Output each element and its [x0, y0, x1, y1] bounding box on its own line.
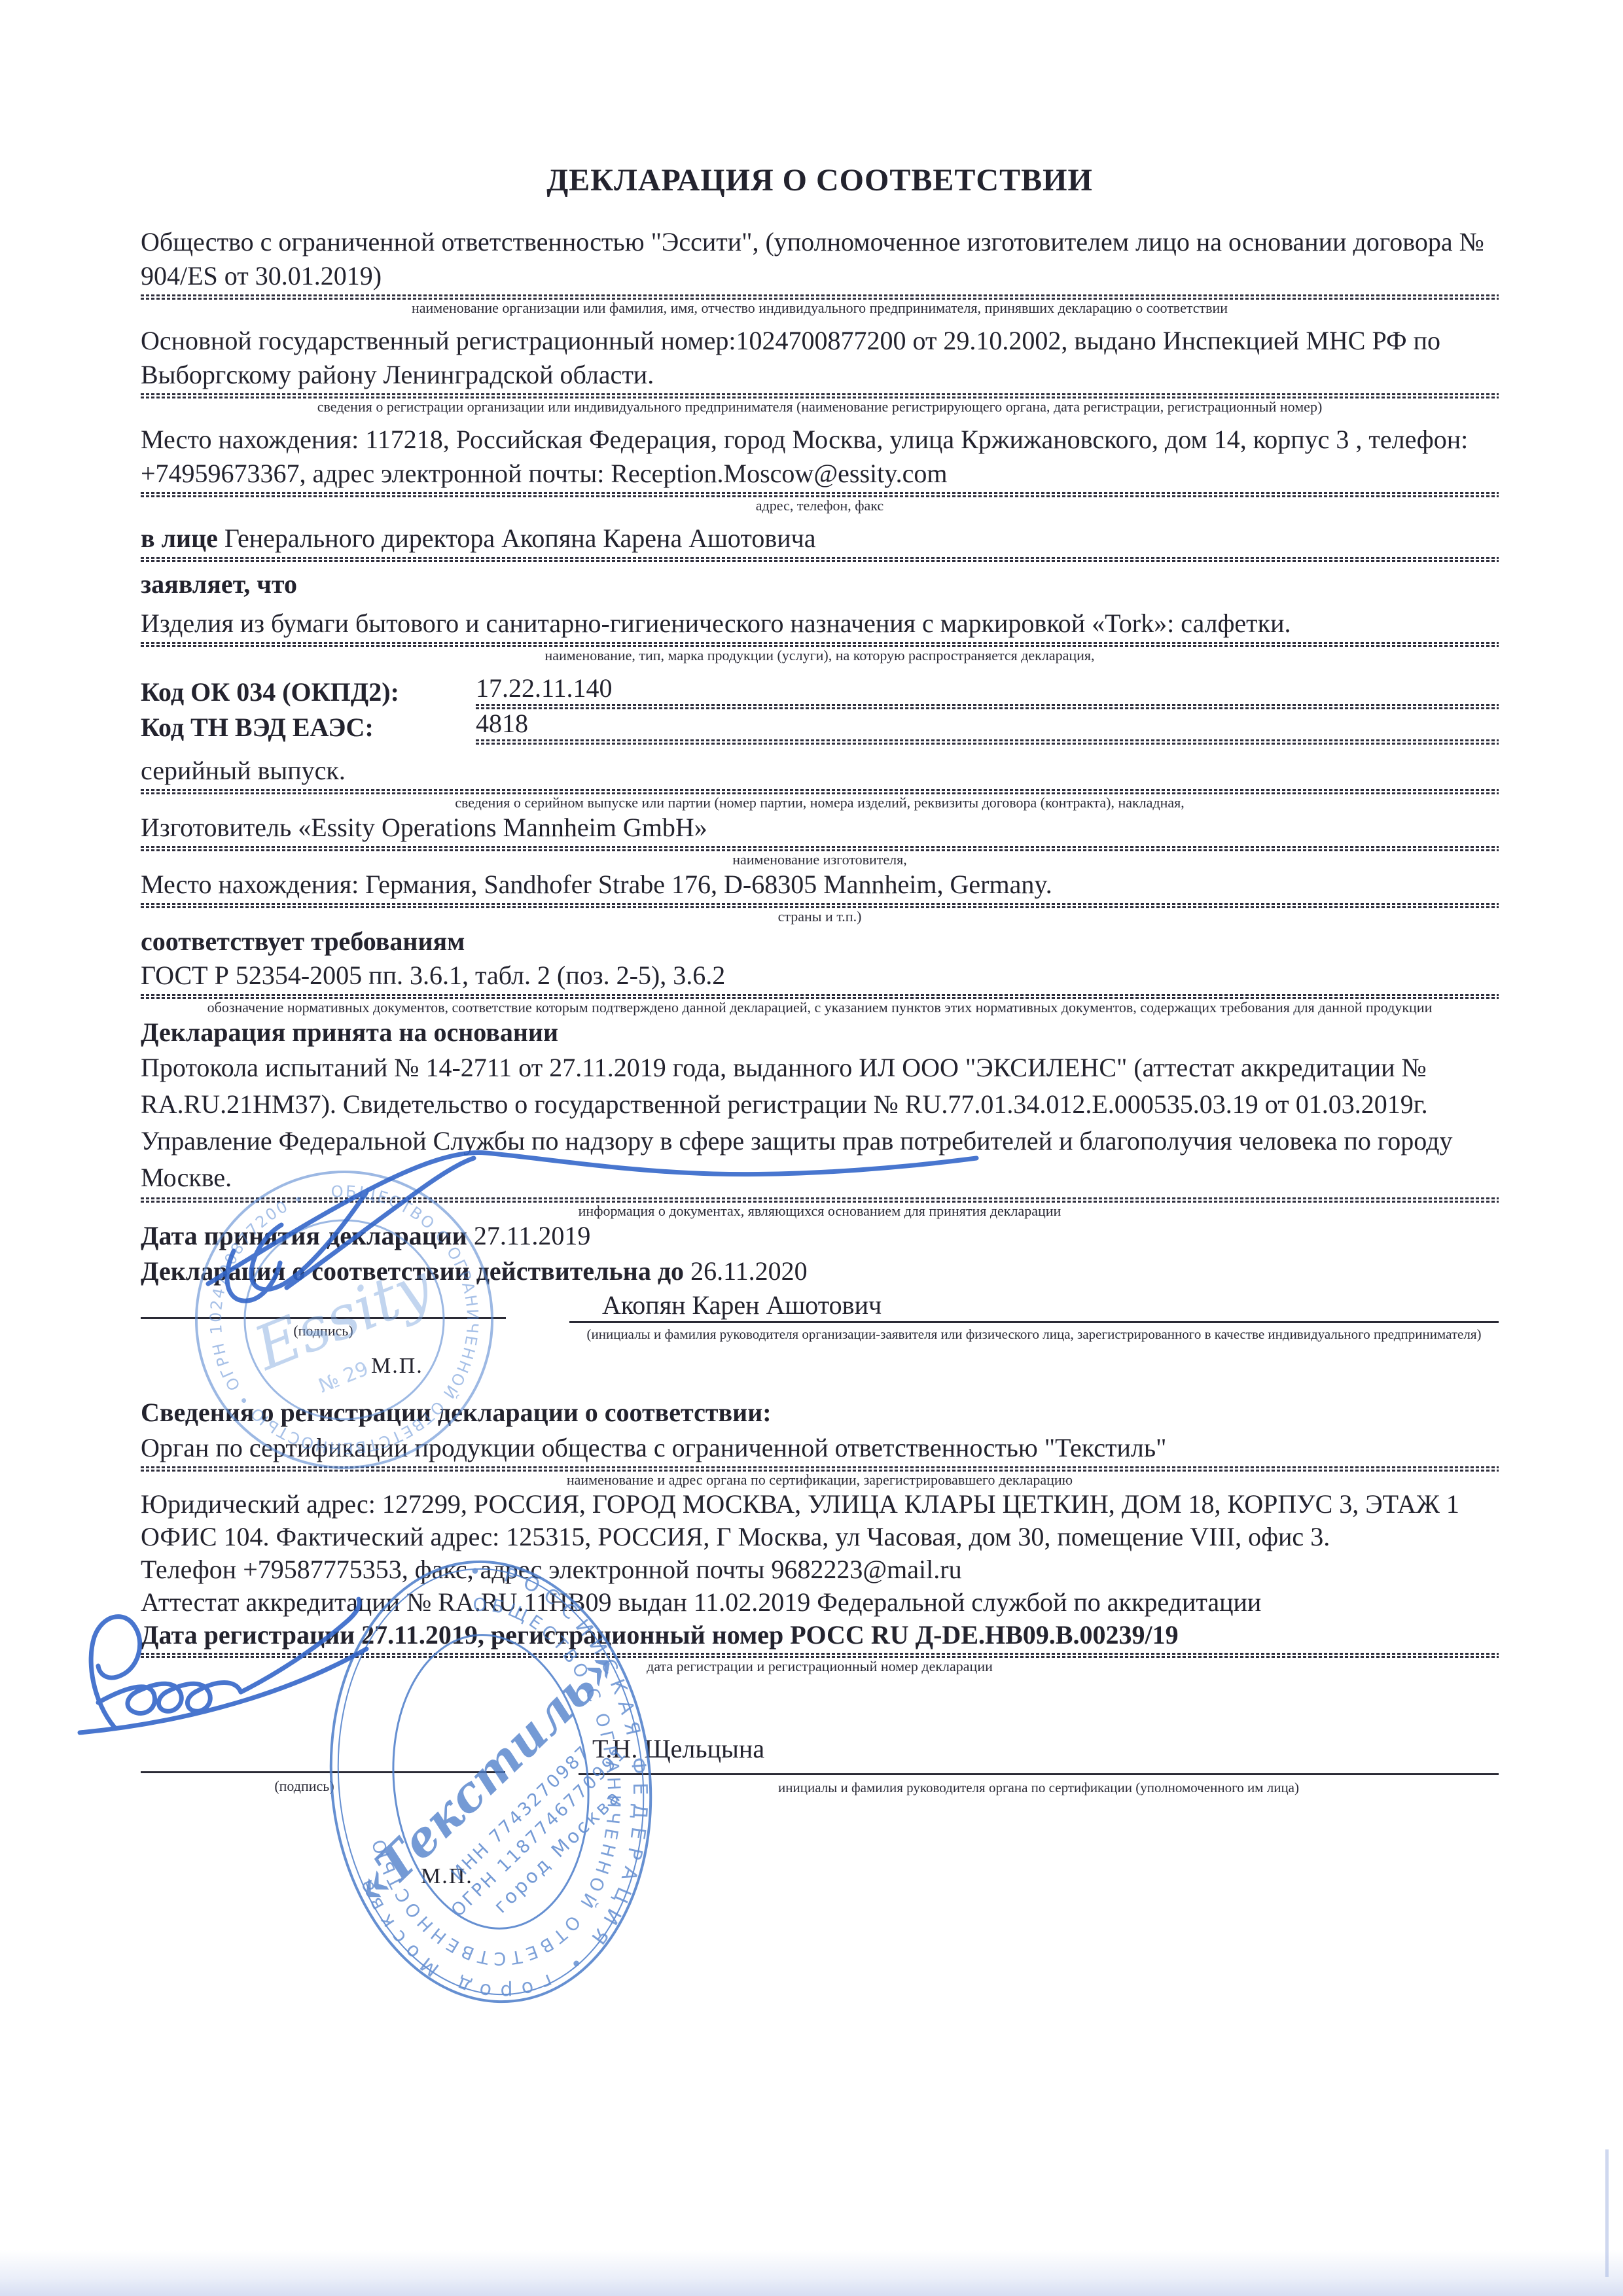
accreditation-line: Аттестат аккредитации № RA.RU.11НВ09 выд…: [141, 1586, 1499, 1619]
code-row-okpd2: Код ОК 034 (ОКПД2): 17.22.11.140: [141, 674, 1499, 709]
in-person-rest: Генерального директора Акопяна Карена Аш…: [218, 523, 816, 553]
adoption-date-label: Дата принятия декларации: [141, 1221, 467, 1250]
validity-label: Декларация о соответствии действительна …: [141, 1256, 684, 1286]
conforms-heading: соответствует требованиям: [141, 925, 1499, 959]
certification-body-line: Орган по сертификации продукции общества…: [141, 1431, 1499, 1465]
signature-zone-applicant: (подпись) Акопян Карен Ашотович (инициал…: [141, 1288, 1499, 1393]
signature2-stroke: [91, 1617, 140, 1727]
dotted-rule: [141, 642, 1499, 647]
name-line-cert-body: [579, 1773, 1499, 1775]
cert-body-head-name: Т.Н. Щельцына: [592, 1733, 764, 1764]
product-paragraph: Изделия из бумаги бытового и санитарно-г…: [141, 607, 1499, 641]
signature-zone-certification-body: (подпись) Т.Н. Щельцына инициалы и фамил…: [141, 1674, 1499, 2132]
standards-line: ГОСТ Р 52354-2005 пп. 3.6.1, табл. 2 (по…: [141, 959, 1499, 993]
dotted-rule: [476, 704, 1499, 709]
dotted-rule: [141, 903, 1499, 908]
serial-line: серийный выпуск.: [141, 754, 1499, 788]
dotted-rule: [141, 846, 1499, 851]
basis-caption: информация о документах, являющихся осно…: [141, 1203, 1499, 1219]
code-tnved-label: Код ТН ВЭД ЕАЭС:: [141, 711, 468, 745]
signature-line-cert-body: [141, 1771, 505, 1773]
dotted-rule: [141, 393, 1499, 398]
in-person-line: в лице Генерального директора Акопяна Ка…: [141, 521, 1499, 556]
phone-line: Телефон +79587775353, факс, адрес электр…: [141, 1553, 1499, 1586]
standards-caption: обозначение нормативных документов, соот…: [141, 1000, 1499, 1016]
code-row-tnved: Код ТН ВЭД ЕАЭС: 4818: [141, 709, 1499, 745]
signature-caption-cert-body: (подпись): [141, 1778, 468, 1795]
basis-heading: Декларация принята на основании: [141, 1016, 1499, 1050]
code-okpd2-label: Код ОК 034 (ОКПД2):: [141, 675, 468, 709]
code-tnved-value-cell: 4818: [468, 709, 1499, 745]
manufacturer-caption: наименование изготовителя,: [141, 852, 1499, 868]
product-caption: наименование, тип, марка продукции (услу…: [141, 648, 1499, 663]
adoption-date-line: Дата принятия декларации 27.11.2019: [141, 1219, 1499, 1253]
declarant-paragraph: Общество с ограниченной ответственностью…: [141, 225, 1499, 293]
document-content: ДЕКЛАРАЦИЯ О СООТВЕТСТВИИ Общество с огр…: [141, 0, 1499, 2132]
serial-caption: сведения о серийном выпуске или партии (…: [141, 795, 1499, 811]
declarant-caption: наименование организации или фамилия, им…: [141, 300, 1499, 316]
declaration-document-page: ДЕКЛАРАЦИЯ О СООТВЕТСТВИИ Общество с огр…: [0, 0, 1623, 2296]
location-paragraph: Место нахождения: 117218, Российская Фед…: [141, 423, 1499, 491]
code-tnved-value: 4818: [476, 709, 1499, 738]
name-line-applicant: [569, 1321, 1499, 1323]
dotted-rule: [476, 739, 1499, 745]
dotted-rule: [141, 294, 1499, 300]
registration-info-heading: Сведения о регистрации декларации о соот…: [141, 1396, 1499, 1430]
document-title: ДЕКЛАРАЦИЯ О СООТВЕТСТВИИ: [141, 162, 1499, 199]
basis-paragraph: Протокола испытаний № 14-2711 от 27.11.2…: [141, 1050, 1499, 1196]
certification-body-caption: наименование и адрес органа по сертифика…: [141, 1472, 1499, 1488]
manufacturer-location-caption: страны и т.п.): [141, 909, 1499, 925]
seal-place-mark-1: М.П.: [371, 1354, 423, 1379]
registration-date-line: Дата регистрации 27.11.2019, регистрацио…: [141, 1619, 1499, 1651]
cert-body-name-caption: инициалы и фамилия руководителя органа п…: [579, 1780, 1499, 1796]
applicant-name-caption: (инициалы и фамилия руководителя организ…: [569, 1326, 1499, 1343]
declares-line: заявляет, что: [141, 567, 1499, 601]
signature-caption-applicant: (подпись): [141, 1322, 506, 1339]
adoption-date-value: 27.11.2019: [474, 1221, 591, 1250]
dotted-rule: [141, 557, 1499, 562]
applicant-name: Акопян Карен Ашотович: [602, 1290, 882, 1320]
code-okpd2-value: 17.22.11.140: [476, 674, 1499, 703]
registration-paragraph: Основной государственный регистрационный…: [141, 324, 1499, 392]
manufacturer-location-line: Место нахождения: Германия, Sandhofer St…: [141, 868, 1499, 902]
registration-caption: сведения о регистрации организации или и…: [141, 399, 1499, 415]
signature-line-applicant: [141, 1317, 506, 1319]
scan-edge-artifact: [1605, 2149, 1609, 2277]
location-caption: адрес, телефон, факс: [141, 498, 1499, 514]
validity-date-value: 26.11.2020: [690, 1256, 808, 1286]
scan-bottom-artifact: [0, 2250, 1623, 2296]
dotted-rule: [141, 789, 1499, 794]
legal-address-paragraph: Юридический адрес: 127299, РОССИЯ, ГОРОД…: [141, 1488, 1499, 1553]
dotted-rule: [141, 1197, 1499, 1203]
validity-line: Декларация о соответствии действительна …: [141, 1254, 1499, 1288]
seal-place-mark-2: М.П.: [421, 1864, 473, 1889]
dotted-rule: [141, 994, 1499, 999]
in-person-label: в лице: [141, 523, 218, 553]
registration-date-caption: дата регистрации и регистрационный номер…: [141, 1659, 1499, 1674]
code-okpd2-value-cell: 17.22.11.140: [468, 674, 1499, 709]
dotted-rule: [141, 1653, 1499, 1658]
dotted-rule: [141, 492, 1499, 497]
manufacturer-line: Изготовитель «Essity Operations Mannheim…: [141, 811, 1499, 845]
dotted-rule: [141, 1466, 1499, 1472]
